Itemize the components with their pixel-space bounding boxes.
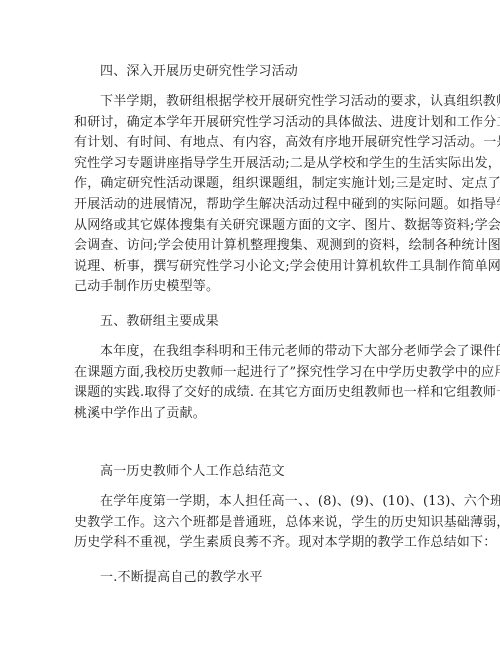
document-page: 四、深入开展历史研究性学习活动 下半学期，教研组根据学校开展研究性学习活动的要求… [0, 0, 500, 647]
paragraph-line: 史教学工作。这六个班都是普通班，总体来说，学生的历史知识基础薄弱，普遍对 [74, 515, 500, 531]
paragraph-line: 会调查、访问;学会使用计算机整理搜集、观测到的资料，绘制各种统计图表进行 [74, 238, 500, 254]
paragraph-line: 作，确定研究性活动课题，组织课题组，制定实施计划;三是定时、定点了解学生 [74, 176, 500, 192]
paragraph-line: 下半学期，教研组根据学校开展研究性学习活动的要求，认真组织教师学习 [100, 94, 500, 110]
paragraph-line: 课题的实践.取得了交好的成绩. 在其它方面历史组教师也一样和它组教师一起为 [74, 385, 500, 401]
subheading-1: 一.不断提高自己的教学水平 [100, 570, 263, 586]
paragraph-line: 和研讨，确定本学年开展研究性学习活动的具体做法、进度计划和工作分工，做到 [74, 115, 500, 131]
paragraph-line: 在学年度第一学期，本人担任高一、、(8)、(9)、(10)、(13)、六个班的历 [100, 494, 500, 510]
paragraph-line: 开展活动的进展情况，帮助学生解决活动过程中碰到的实际问题。如指导学生学会 [74, 197, 500, 213]
paragraph-line: 从网络或其它媒体搜集有关研究课题方面的文字、图片、数据等资料;学会进行社 [74, 218, 500, 234]
paragraph-line: 桃溪中学作出了贡献。 [74, 406, 206, 422]
article-title: 高一历史教师个人工作总结范文 [100, 464, 285, 480]
paragraph-line: 说理、析事，撰写研究性学习小论文;学会使用计算机软件工具制作简单网页或自 [74, 259, 500, 275]
section-heading-4: 四、深入开展历史研究性学习活动 [100, 64, 298, 80]
paragraph-line: 历史学科不重视，学生素质良莠不齐。现对本学期的教学工作总结如下： [74, 535, 496, 551]
paragraph-line: 己动手制作历史模型等。 [74, 279, 219, 295]
section-heading-5: 五、教研组主要成果 [100, 314, 219, 330]
paragraph-line: 究性学习专题讲座指导学生开展活动;二是从学校和学生的生活实际出发，师生合 [74, 156, 500, 172]
paragraph-line: 在课题方面,我校历史教师一起进行了”探究性学习在中学历史教学中的应用” [74, 365, 500, 381]
paragraph-line: 本年度，在我组李科明和王伟元老师的带动下大部分老师学会了课件的制作. [100, 344, 500, 360]
paragraph-line: 有计划、有时间、有地点、有内容，高效有序地开展研究性学习活动。一是开设研 [74, 135, 500, 151]
